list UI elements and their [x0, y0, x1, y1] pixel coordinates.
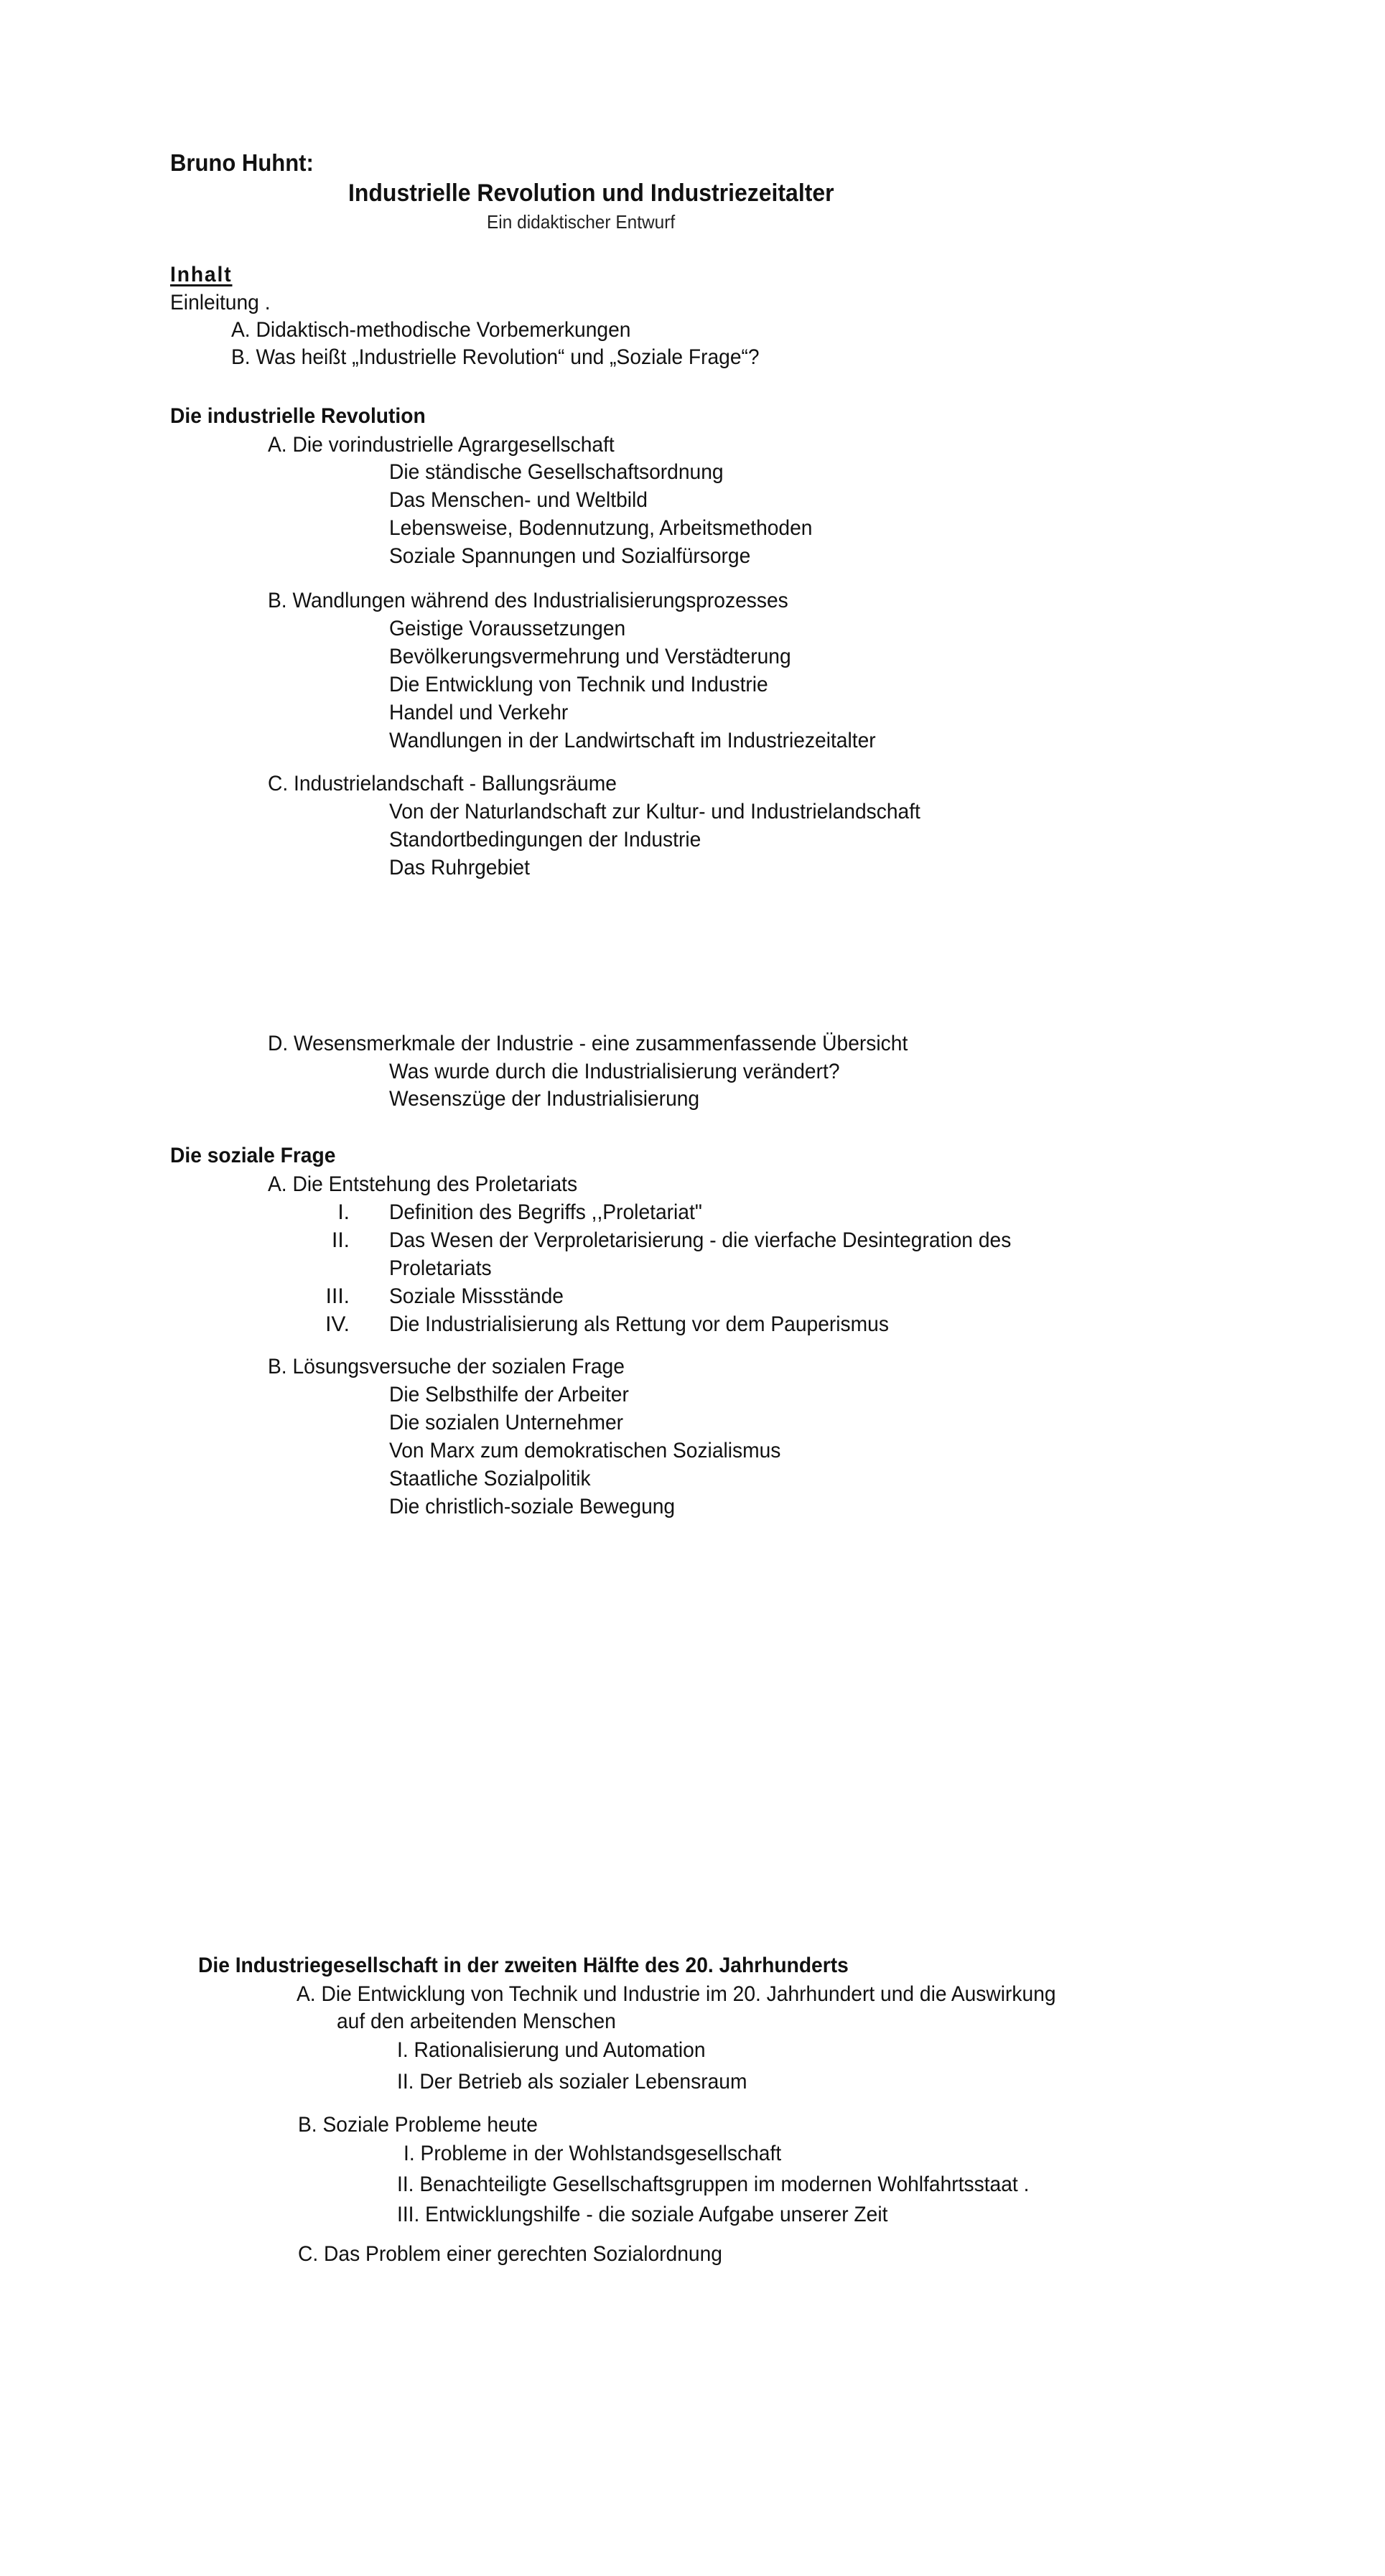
toc-item: Die sozialen Unternehmer [389, 1411, 623, 1435]
toc-subsection: A. Die vorindustrielle Agrargesellschaft [268, 433, 615, 457]
toc-subsection: B. Wandlungen während des Industrialisie… [268, 589, 788, 613]
toc-item: Was wurde durch die Industrialisierung v… [389, 1060, 840, 1084]
toc-item: Geistige Voraussetzungen [389, 617, 625, 641]
toc-item: Die Selbsthilfe der Arbeiter [389, 1383, 629, 1407]
toc-item: Soziale Missstände [389, 1284, 564, 1309]
roman-numeral: III. [292, 1284, 350, 1309]
toc-item-continuation: Proletariats [389, 1256, 492, 1281]
toc-item: II. Der Betrieb als sozialer Lebensraum [397, 2070, 747, 2094]
toc-item: III. Entwicklungshilfe - die soziale Auf… [397, 2203, 887, 2227]
toc-item: Wandlungen in der Landwirtschaft im Indu… [389, 729, 876, 753]
toc-item: Die ständische Gesellschaftsordnung [389, 460, 724, 485]
toc-subsection: B. Soziale Probleme heute [298, 2113, 538, 2137]
section-heading-social-question: Die soziale Frage [170, 1144, 335, 1168]
toc-item: Bevölkerungsvermehrung und Verstädterung [389, 645, 791, 669]
toc-subsection: B. Lösungsversuche der sozialen Frage [268, 1355, 625, 1379]
toc-item: Die Industrialisierung als Rettung vor d… [389, 1312, 889, 1337]
toc-item: I. Rationalisierung und Automation [397, 2038, 706, 2063]
toc-item: Lebensweise, Bodennutzung, Arbeitsmethod… [389, 516, 812, 541]
section-heading-industrial-revolution: Die industrielle Revolution [170, 404, 426, 429]
document-subtitle: Ein didaktischer Entwurf [487, 211, 675, 233]
toc-subsection: C. Das Problem einer gerechten Sozialord… [298, 2242, 722, 2267]
toc-item: Von der Naturlandschaft zur Kultur- und … [389, 800, 920, 824]
toc-item: Die christlich-soziale Bewegung [389, 1495, 675, 1519]
toc-heading: Inhalt [170, 263, 232, 287]
intro-heading: Einleitung . [170, 291, 271, 315]
toc-subsection: C. Industrielandschaft - Ballungsräume [268, 772, 617, 796]
toc-item: I. Probleme in der Wohlstandsgesellschaf… [404, 2142, 781, 2166]
toc-item: Wesenszüge der Industrialisierung [389, 1087, 699, 1111]
toc-item: Das Ruhrgebiet [389, 856, 530, 880]
toc-subsection: D. Wesensmerkmale der Industrie - eine z… [268, 1032, 908, 1056]
toc-item: II. Benachteiligte Gesellschaftsgruppen … [397, 2173, 1029, 2197]
toc-item: Definition des Begriffs ,,Proletariat" [389, 1200, 702, 1225]
toc-item: Die Entwicklung von Technik und Industri… [389, 673, 768, 697]
toc-item: A. Didaktisch-methodische Vorbemerkungen [231, 318, 630, 342]
author-name: Bruno Huhnt: [170, 149, 314, 177]
roman-numeral: IV. [292, 1312, 350, 1337]
toc-subsection: A. Die Entstehung des Proletariats [268, 1172, 577, 1197]
toc-item: Von Marx zum demokratischen Sozialismus [389, 1439, 780, 1463]
section-heading-industrial-society: Die Industriegesellschaft in der zweiten… [198, 1954, 849, 1978]
toc-subsection: A. Die Entwicklung von Technik und Indus… [297, 1982, 1056, 2007]
toc-item: Soziale Spannungen und Sozialfürsorge [389, 544, 750, 569]
toc-item: Das Wesen der Verproletarisierung - die … [389, 1228, 1011, 1253]
roman-numeral: II. [292, 1228, 350, 1253]
toc-item: Handel und Verkehr [389, 701, 568, 725]
toc-item: B. Was heißt „Industrielle Revolution“ u… [231, 345, 760, 370]
toc-item: Standortbedingungen der Industrie [389, 828, 701, 852]
toc-item: Staatliche Sozialpolitik [389, 1467, 591, 1491]
roman-numeral: I. [292, 1200, 350, 1225]
toc-item: Das Menschen- und Weltbild [389, 488, 648, 513]
document-title: Industrielle Revolution und Industriezei… [348, 179, 834, 207]
toc-subsection-continuation: auf den arbeitenden Menschen [337, 2010, 616, 2034]
